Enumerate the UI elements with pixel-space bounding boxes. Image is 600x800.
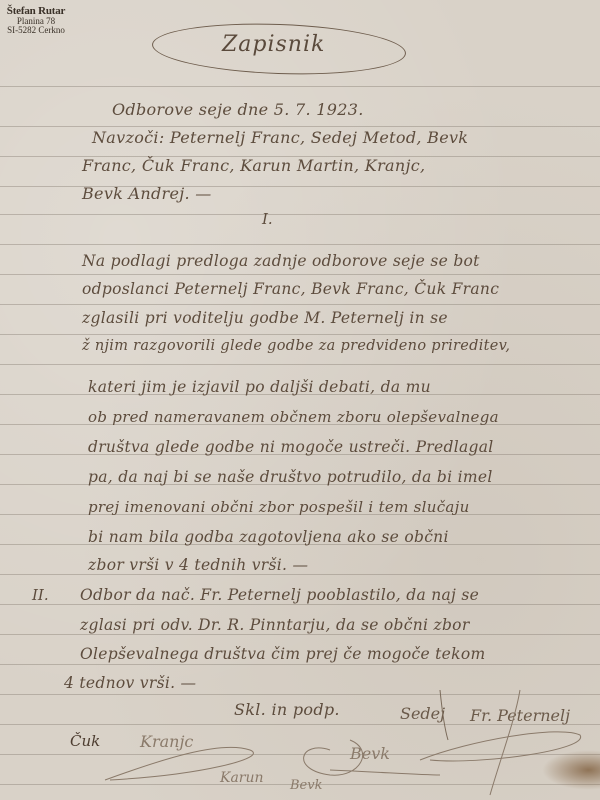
section-1-line: odposlanci Peternelj Franc, Bevk Franc, …: [82, 280, 499, 298]
ruled-line: [0, 244, 600, 245]
ruled-line: [0, 334, 600, 335]
ruled-line: [0, 664, 600, 665]
present-line-3: Bevk Andrej. —: [82, 184, 212, 203]
section-1-number: I.: [262, 210, 273, 228]
signature-flourishes: [0, 680, 600, 800]
ruled-line: [0, 574, 600, 575]
section-2-line: Olepševalnega društva čim prej če mogoče…: [80, 645, 485, 663]
section-2-line: Odbor da nač. Fr. Peternelj pooblastilo,…: [80, 586, 479, 604]
ruled-line: [0, 86, 600, 87]
section-1-line: pa, da naj bi se naše društvo potrudilo,…: [88, 468, 493, 486]
stamp-city: SI-5282 Cerkno: [6, 26, 66, 35]
ruled-line: [0, 304, 600, 305]
meeting-date-line: Odborove seje dne 5. 7. 1923.: [112, 100, 364, 119]
scanned-document-page: Štefan Rutar Planina 78 SI-5282 Cerkno Z…: [0, 0, 600, 800]
section-1-line: kateri jim je izjavil po daljši debati, …: [88, 378, 431, 396]
section-2-number: II.: [32, 586, 49, 604]
section-1-line: prej imenovani občni zbor pospešil i tem…: [88, 498, 470, 516]
ruled-line: [0, 274, 600, 275]
present-line-1: Navzoči: Peternelj Franc, Sedej Metod, B…: [92, 128, 468, 147]
section-1-line: zglasili pri voditelju godbe M. Peternel…: [82, 309, 448, 327]
archive-stamp: Štefan Rutar Planina 78 SI-5282 Cerkno: [6, 6, 66, 35]
section-1-line: zbor vrši v 4 tednih vrši. —: [88, 556, 308, 574]
ruled-line: [0, 214, 600, 215]
document-title: Zapisnik: [222, 32, 325, 57]
section-1-line: Na podlagi predloga zadnje odborove seje…: [82, 252, 480, 270]
ruled-line: [0, 126, 600, 127]
section-1-line: ob pred nameravanem občnem zboru olepšev…: [88, 408, 499, 426]
ruled-line: [0, 364, 600, 365]
section-2-line: zglasi pri odv. Dr. R. Pinntarju, da se …: [80, 616, 470, 634]
section-1-line: društva glede godbe ni mogoče ustreči. P…: [88, 438, 494, 456]
section-1-line: ž njim razgovorili glede godbe za predvi…: [82, 338, 510, 354]
section-1-line: bi nam bila godba zagotovljena ako se ob…: [88, 528, 449, 546]
ruled-line: [0, 604, 600, 605]
ruled-line: [0, 634, 600, 635]
paper-smudge: [542, 750, 600, 790]
present-line-2: Franc, Čuk Franc, Karun Martin, Kranjc,: [82, 156, 425, 175]
